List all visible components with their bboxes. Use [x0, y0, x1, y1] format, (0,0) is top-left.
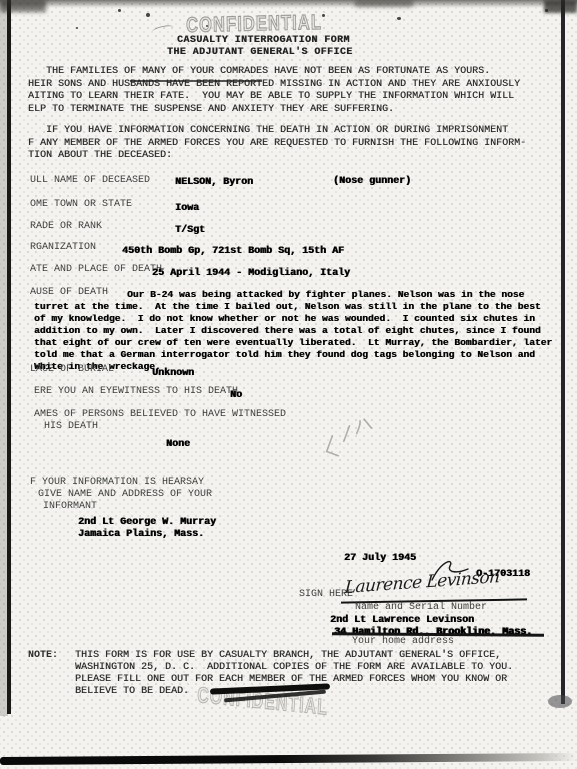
intro-paragraph: THE FAMILIES OF MANY OF YOUR COMRADES HA…: [28, 66, 520, 116]
cause-first-line: Our B-24 was being attacked by fighter p…: [127, 289, 524, 301]
typed-name: 2nd Lt Lawrence Levinson: [330, 615, 474, 626]
intro-line: ELP TO TERMINATE THE SUSPENSE AND ANXIET…: [28, 104, 520, 117]
document-page: CONFIDENTIAL CASUALTY INTERROGATION FORM…: [0, 0, 577, 769]
full-name-note: (Nose gunner): [333, 176, 411, 187]
ink-speck: [322, 14, 325, 17]
right-border-bar: [561, 0, 565, 704]
top-edge-smudge: [0, 0, 577, 8]
note-line: WASHINGTON 25, D. C. ADDITIONAL COPIES O…: [75, 662, 513, 674]
left-border-bar: [7, 0, 11, 714]
note-line: THIS FORM IS FOR USE BY CASUALTY BRANCH,…: [75, 650, 513, 662]
burial-label: LACE OF BURIAL: [30, 364, 114, 375]
home-town-label: OME TOWN OR STATE: [30, 199, 132, 210]
cause-paragraph: turret at the time. At the time I bailed…: [34, 301, 552, 372]
home-address-caption: Your home address: [352, 636, 454, 647]
witnesses-value: None: [166, 439, 190, 450]
date-place-value: 25 April 1944 - Modigliano, Italy: [152, 268, 350, 279]
burial-value: Unknown: [152, 368, 194, 379]
top-left-corner-smudge: [0, 0, 46, 12]
note-label: NOTE:: [28, 650, 58, 661]
form-title: CASUALTY INTERROGATION FORM: [177, 35, 350, 46]
eyewitness-label: ERE YOU AN EYEWITNESS TO HIS DEATH: [34, 386, 238, 397]
ink-speck: [118, 9, 121, 12]
hearsay-label-line1: F YOUR INFORMATION IS HEARSAY: [30, 477, 204, 488]
full-name-label: ULL NAME OF DECEASED: [30, 175, 150, 186]
informant-name: 2nd Lt George W. Murray: [78, 517, 216, 528]
cause-label: AUSE OF DEATH: [30, 287, 108, 298]
intro-line: THE FAMILIES OF MANY OF YOUR COMRADES HA…: [28, 66, 520, 79]
ink-speck: [397, 17, 401, 20]
top-right-corner-smudge: [544, 0, 577, 13]
ink-speck: [146, 13, 150, 17]
date-place-label: ATE AND PLACE OF DEATH: [30, 264, 162, 275]
request-line: TION ABOUT THE DECEASED:: [28, 150, 526, 163]
right-border-end-blob: [548, 695, 572, 708]
handwritten-signature: Laurence Levinson: [344, 567, 500, 598]
form-date: 27 July 1945: [344, 553, 416, 564]
organization-value: 450th Bomb Gp, 721st Bomb Sq, 15th AF: [122, 246, 344, 257]
ink-speck: [545, 9, 548, 12]
ink-speck: [76, 27, 78, 29]
top-mid-smudge: [355, 0, 413, 7]
pencil-scuff: [152, 24, 175, 35]
organization-label: RGANIZATION: [30, 242, 96, 253]
request-line: F ANY MEMBER OF THE ARMED FORCES YOU ARE…: [28, 138, 526, 151]
intro-line: AITING TO LEARN THEIR FATE. YOU MAY BE A…: [28, 91, 520, 104]
confidential-stamp-top: CONFIDENTIAL: [186, 11, 322, 38]
office-title: THE ADJUTANT GENERAL'S OFFICE: [167, 47, 353, 58]
cause-line: told me that a German interrogator told …: [34, 349, 552, 361]
bottom-scan-bar: [0, 753, 577, 765]
hearsay-label-line2: GIVE NAME AND ADDRESS OF YOUR: [38, 489, 212, 500]
request-paragraph: IF YOU HAVE INFORMATION CONCERNING THE D…: [28, 125, 526, 163]
home-town-value: Iowa: [175, 203, 199, 214]
full-name-value: NELSON, Byron: [175, 177, 253, 188]
grade-rank-label: RADE OR RANK: [30, 221, 102, 232]
intro-line: HEIR SONS AND HUSBANDS HAVE BEEN REPORTE…: [28, 79, 520, 92]
name-serial-caption: Name and Serial Number: [355, 602, 487, 613]
hearsay-label-line3: INFORMANT: [43, 501, 97, 512]
cause-line: turret at the time. At the time I bailed…: [34, 301, 552, 313]
informant-address: Jamaica Plains, Mass.: [78, 529, 204, 540]
cause-line: of my knowledge. I do not know whether o…: [34, 313, 552, 325]
witnesses-label-line2: HIS DEATH: [44, 421, 98, 432]
eyewitness-value: No: [230, 390, 242, 401]
witnesses-label-line1: AMES OF PERSONS BELIEVED TO HAVE WITNESS…: [34, 409, 286, 420]
grade-rank-value: T/Sgt: [175, 225, 205, 236]
cause-line: that eight of our crew of ten were event…: [34, 337, 552, 349]
request-line: IF YOU HAVE INFORMATION CONCERNING THE D…: [28, 125, 526, 138]
cause-line: addition to my own. Later I discovered t…: [34, 325, 552, 337]
pencil-scribble: [315, 409, 386, 472]
